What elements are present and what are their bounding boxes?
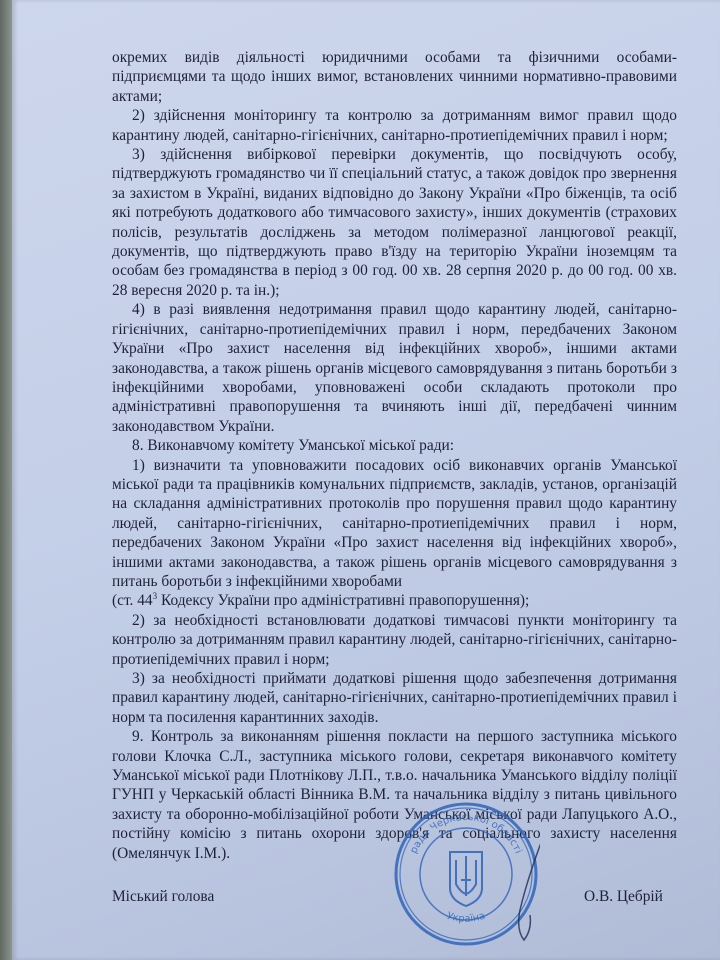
paragraph-8-1: 1) визначити та уповноважити посадових о…: [112, 456, 677, 592]
paragraph-7-4: 4) в разі виявлення недотримання правил …: [112, 300, 677, 436]
signatory-position: Міський голова: [112, 888, 214, 906]
trident-coat-of-arms-icon: [450, 852, 482, 906]
official-stamp-icon: рада Черкаської області Україна: [392, 800, 540, 948]
paragraph-7-2: 2) здійснення моніторингу та контролю за…: [112, 106, 677, 145]
reference-prefix: (ст. 44: [112, 592, 153, 609]
svg-text:Україна: Україна: [445, 910, 486, 924]
paragraph-continuation: окремих видів діяльності юридичними особ…: [112, 48, 677, 106]
paragraph-8-2: 2) за необхідності встановлювати додатко…: [112, 611, 677, 669]
document-page: окремих видів діяльності юридичними особ…: [12, 0, 720, 960]
paragraph-8-3: 3) за необхідності приймати додаткові рі…: [112, 669, 677, 727]
paragraph-8-1-reference: (ст. 443 Кодексу України про адміністрат…: [112, 591, 677, 610]
paragraph-8-heading: 8. Виконавчому комітету Уманської місько…: [112, 436, 677, 455]
paragraph-7-3: 3) здійснення вибіркової перевірки докум…: [112, 145, 677, 300]
table-edge: [0, 0, 12, 960]
signatory-name: О.В. Цебрій: [584, 888, 663, 906]
document-body: окремих видів діяльності юридичними особ…: [112, 48, 677, 863]
reference-suffix: Кодексу України про адміністративні прав…: [157, 592, 529, 609]
